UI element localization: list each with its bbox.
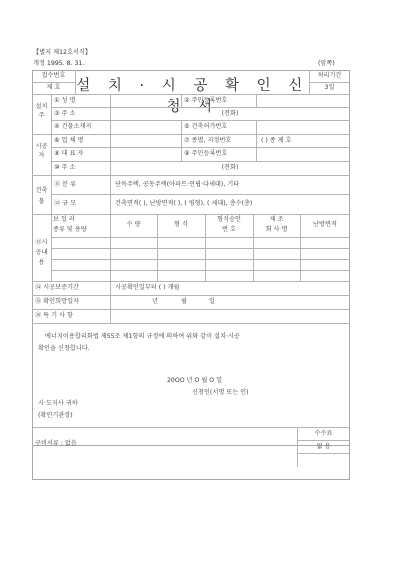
permit-number-field[interactable] [257, 121, 349, 133]
representative-label: ⑧ 대 표 자 [54, 151, 83, 157]
installer-id-field[interactable] [257, 95, 349, 106]
addressee: 시·도지사 귀하 [38, 401, 78, 407]
revision-date: 개정 1995. 8. 31. [33, 61, 84, 67]
installer-section-label: 설치 [32, 104, 51, 110]
approval-number-header: 형식승인 [205, 217, 253, 223]
building-location-label: ④ 건물소재지 [54, 124, 91, 130]
permit-number-label: ⑤ 건축허가번호 [184, 124, 227, 130]
warranty-label: ⑭ 시공보증기간 [35, 285, 79, 291]
scale-label: ⑫ 규 모 [54, 201, 76, 207]
work-section-label: ⑬시 [32, 240, 51, 246]
classification-value[interactable]: 단독주택, 공동주택(아파트·연립·다세대), 기타 [115, 182, 239, 188]
number-label: 제 호 [32, 85, 75, 91]
building-section-label-2: 물 [32, 199, 51, 205]
boiler-header: 보 일 러 [53, 217, 75, 223]
installer-section-label-2: 주 [32, 113, 51, 119]
fee-value: 없 음 [297, 444, 350, 450]
work-section-label-2: 공내 [32, 250, 51, 256]
contractor-address-label: ⑩ 주 소 [54, 165, 75, 171]
type-number-value[interactable]: ( ) 종 제 호 [261, 138, 292, 144]
agency: (확인기관장) [38, 413, 73, 419]
installer-id-label: ② 주민등록번호 [184, 98, 227, 104]
contractor-id-field[interactable] [257, 148, 349, 160]
remarks-label: ⑯ 특 기 사 항 [35, 313, 73, 319]
contractor-section-label: 시공 [32, 144, 51, 150]
building-location-field[interactable] [111, 121, 180, 133]
applicant-signature[interactable]: 신청인(서명 또는 인) [192, 390, 249, 396]
table-row[interactable] [52, 238, 349, 248]
required-documents: 구비서류 : 없음 [35, 441, 77, 447]
application-date[interactable]: 20OO 년 O 월 O 일 [167, 378, 222, 384]
installer-address-label: ③ 주 소 [54, 111, 75, 117]
work-section-label-3: 용 [32, 260, 51, 266]
form-number: 【별지 제12호서식】 [33, 50, 91, 56]
manufacturer-header: 제 조 [253, 217, 300, 223]
table-row[interactable] [52, 249, 349, 259]
heating-area-header: 난방면적 [300, 222, 350, 228]
page-side: (앞쪽) [318, 61, 335, 67]
declaration-line-1: 에너지이용합리화법 제55조 제1항의 규정에 의하여 위와 같이 설치·시공 [45, 334, 240, 340]
desired-day[interactable]: 일 [209, 299, 215, 305]
type-number-label: ⑦ 종별, 지정번호 [184, 138, 231, 144]
company-name-field[interactable] [111, 135, 180, 146]
installer-name-field[interactable] [111, 95, 180, 106]
receipt-number-label: 접수번호 [32, 73, 75, 79]
manufacturer-header-2: 회 사 명 [253, 227, 300, 233]
installer-phone-label[interactable]: (전화) [110, 111, 350, 117]
contractor-phone-label[interactable]: (전화) [110, 165, 350, 171]
company-name-label: ⑥ 업 체 명 [54, 138, 83, 144]
processing-period-label: 처리기간 [309, 73, 350, 79]
remarks-field[interactable] [111, 310, 349, 322]
fee-label: 수수료 [297, 431, 350, 437]
processing-period-value: 3일 [309, 85, 350, 91]
boiler-header-2: 종류 및 용량 [53, 227, 87, 233]
table-row[interactable] [52, 260, 349, 270]
name-label: ① 성 명 [54, 98, 75, 104]
desired-month[interactable]: 월 [181, 299, 187, 305]
scale-value[interactable]: 건축면적( ), 난방면적( ), ( 평형), ( 세대), 층수(층) [115, 201, 252, 207]
desired-year[interactable]: 년 [152, 299, 158, 305]
building-section-label: 건축 [32, 188, 51, 194]
contractor-id-label: ⑨ 주민등록번호 [184, 151, 227, 157]
quantity-header: 수 량 [110, 222, 157, 228]
approval-number-header-2: 번 호 [205, 227, 253, 233]
warranty-value[interactable]: 시공확인일부터 ( ) 개월 [115, 285, 180, 291]
model-header: 형 식 [157, 222, 205, 228]
declaration-line-2: 확인을 신청합니다. [38, 346, 90, 352]
desired-date-label: ⑮ 확인희망일자 [35, 299, 79, 305]
classification-label: ⑪ 분 류 [54, 182, 76, 188]
representative-field[interactable] [111, 148, 180, 160]
table-row[interactable] [52, 271, 349, 281]
contractor-section-label-2: 자 [32, 153, 51, 159]
